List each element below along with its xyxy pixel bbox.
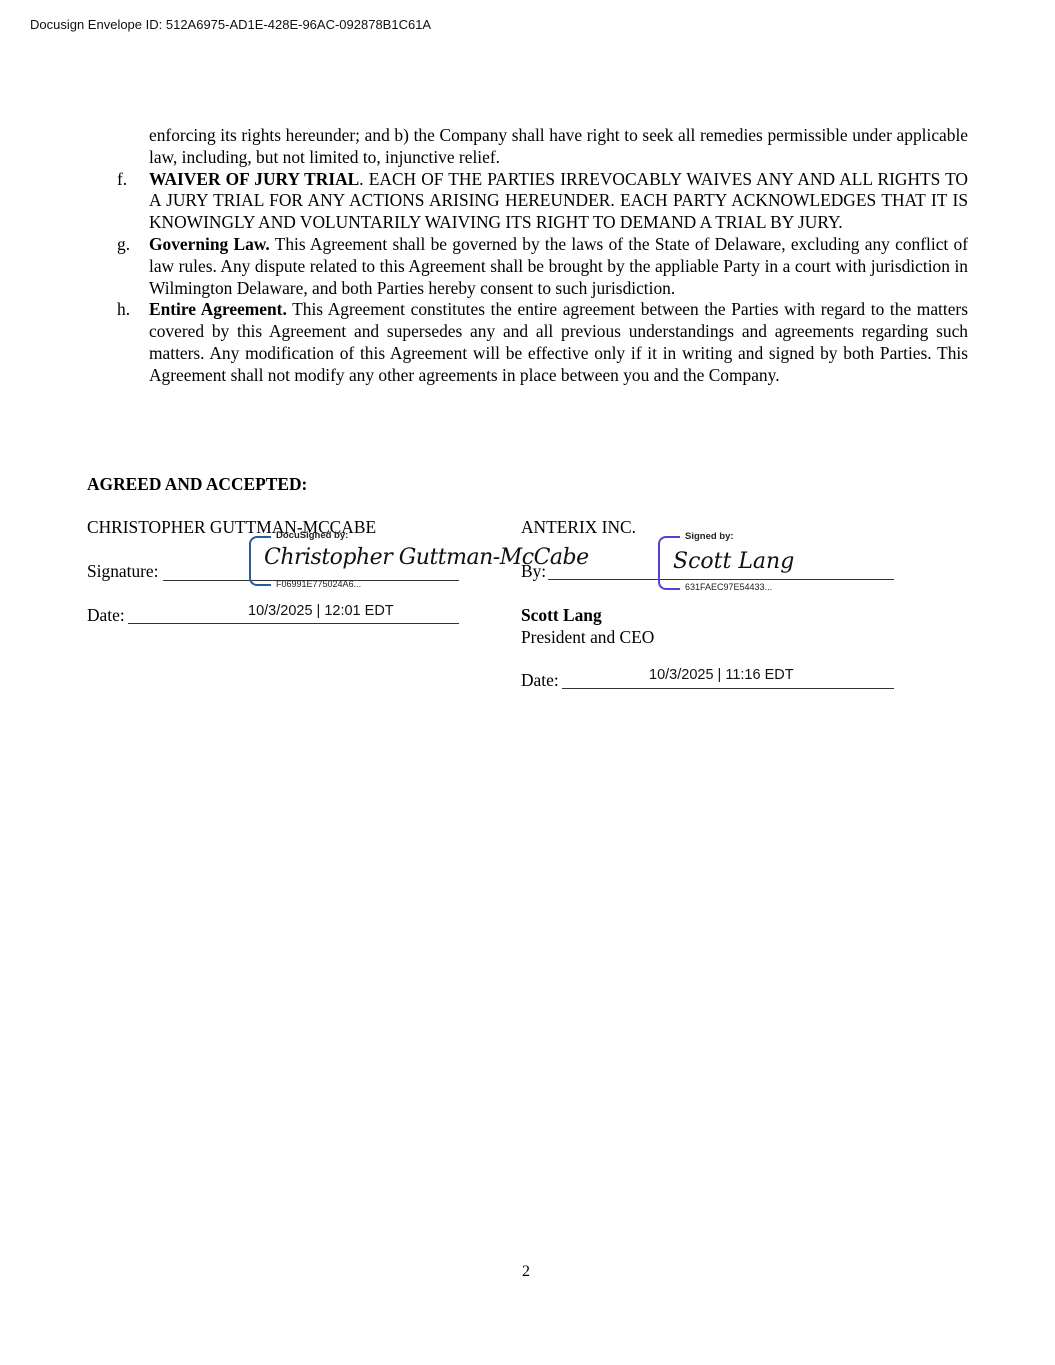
signature-id: F06991E775024A6... bbox=[276, 579, 361, 589]
section-heading: Entire Agreement. bbox=[149, 299, 287, 319]
signature-label: Signature: bbox=[87, 561, 158, 582]
by-signature-line bbox=[548, 579, 894, 580]
signer-title: President and CEO bbox=[521, 627, 654, 648]
section-label: h. bbox=[87, 299, 149, 386]
section-g: g. Governing Law. This Agreement shall b… bbox=[87, 234, 968, 299]
section-heading: Governing Law. bbox=[149, 234, 270, 254]
date-line bbox=[562, 688, 894, 689]
docusign-header: DocuSigned by: bbox=[276, 530, 348, 541]
right-party-company: ANTERIX INC. bbox=[521, 517, 636, 538]
section-label: f. bbox=[87, 169, 149, 234]
date-line bbox=[128, 623, 459, 624]
docusign-envelope-id: Docusign Envelope ID: 512A6975-AD1E-428E… bbox=[30, 17, 431, 32]
agreed-accepted-heading: AGREED AND ACCEPTED: bbox=[87, 474, 307, 495]
signature-id: 631FAEC97E54433... bbox=[685, 582, 772, 592]
section-text: This Agreement shall be governed by the … bbox=[149, 234, 968, 298]
by-label: By: bbox=[521, 561, 546, 582]
docusign-header: Signed by: bbox=[685, 531, 734, 542]
date-label: Date: bbox=[521, 670, 559, 691]
continuation-paragraph: enforcing its rights hereunder; and b) t… bbox=[87, 125, 968, 169]
date-value: 10/3/2025 | 12:01 EDT bbox=[248, 603, 394, 619]
date-label: Date: bbox=[87, 605, 125, 626]
section-heading: WAIVER OF JURY TRIAL bbox=[149, 169, 359, 189]
agreement-body: enforcing its rights hereunder; and b) t… bbox=[87, 125, 968, 387]
date-value: 10/3/2025 | 11:16 EDT bbox=[649, 667, 794, 683]
signature-scott: Scott Lang bbox=[673, 549, 794, 574]
section-f: f. WAIVER OF JURY TRIAL. EACH OF THE PAR… bbox=[87, 169, 968, 234]
section-label: g. bbox=[87, 234, 149, 299]
section-h: h. Entire Agreement. This Agreement cons… bbox=[87, 299, 968, 386]
page-number: 2 bbox=[522, 1263, 530, 1281]
signer-name: Scott Lang bbox=[521, 605, 602, 626]
